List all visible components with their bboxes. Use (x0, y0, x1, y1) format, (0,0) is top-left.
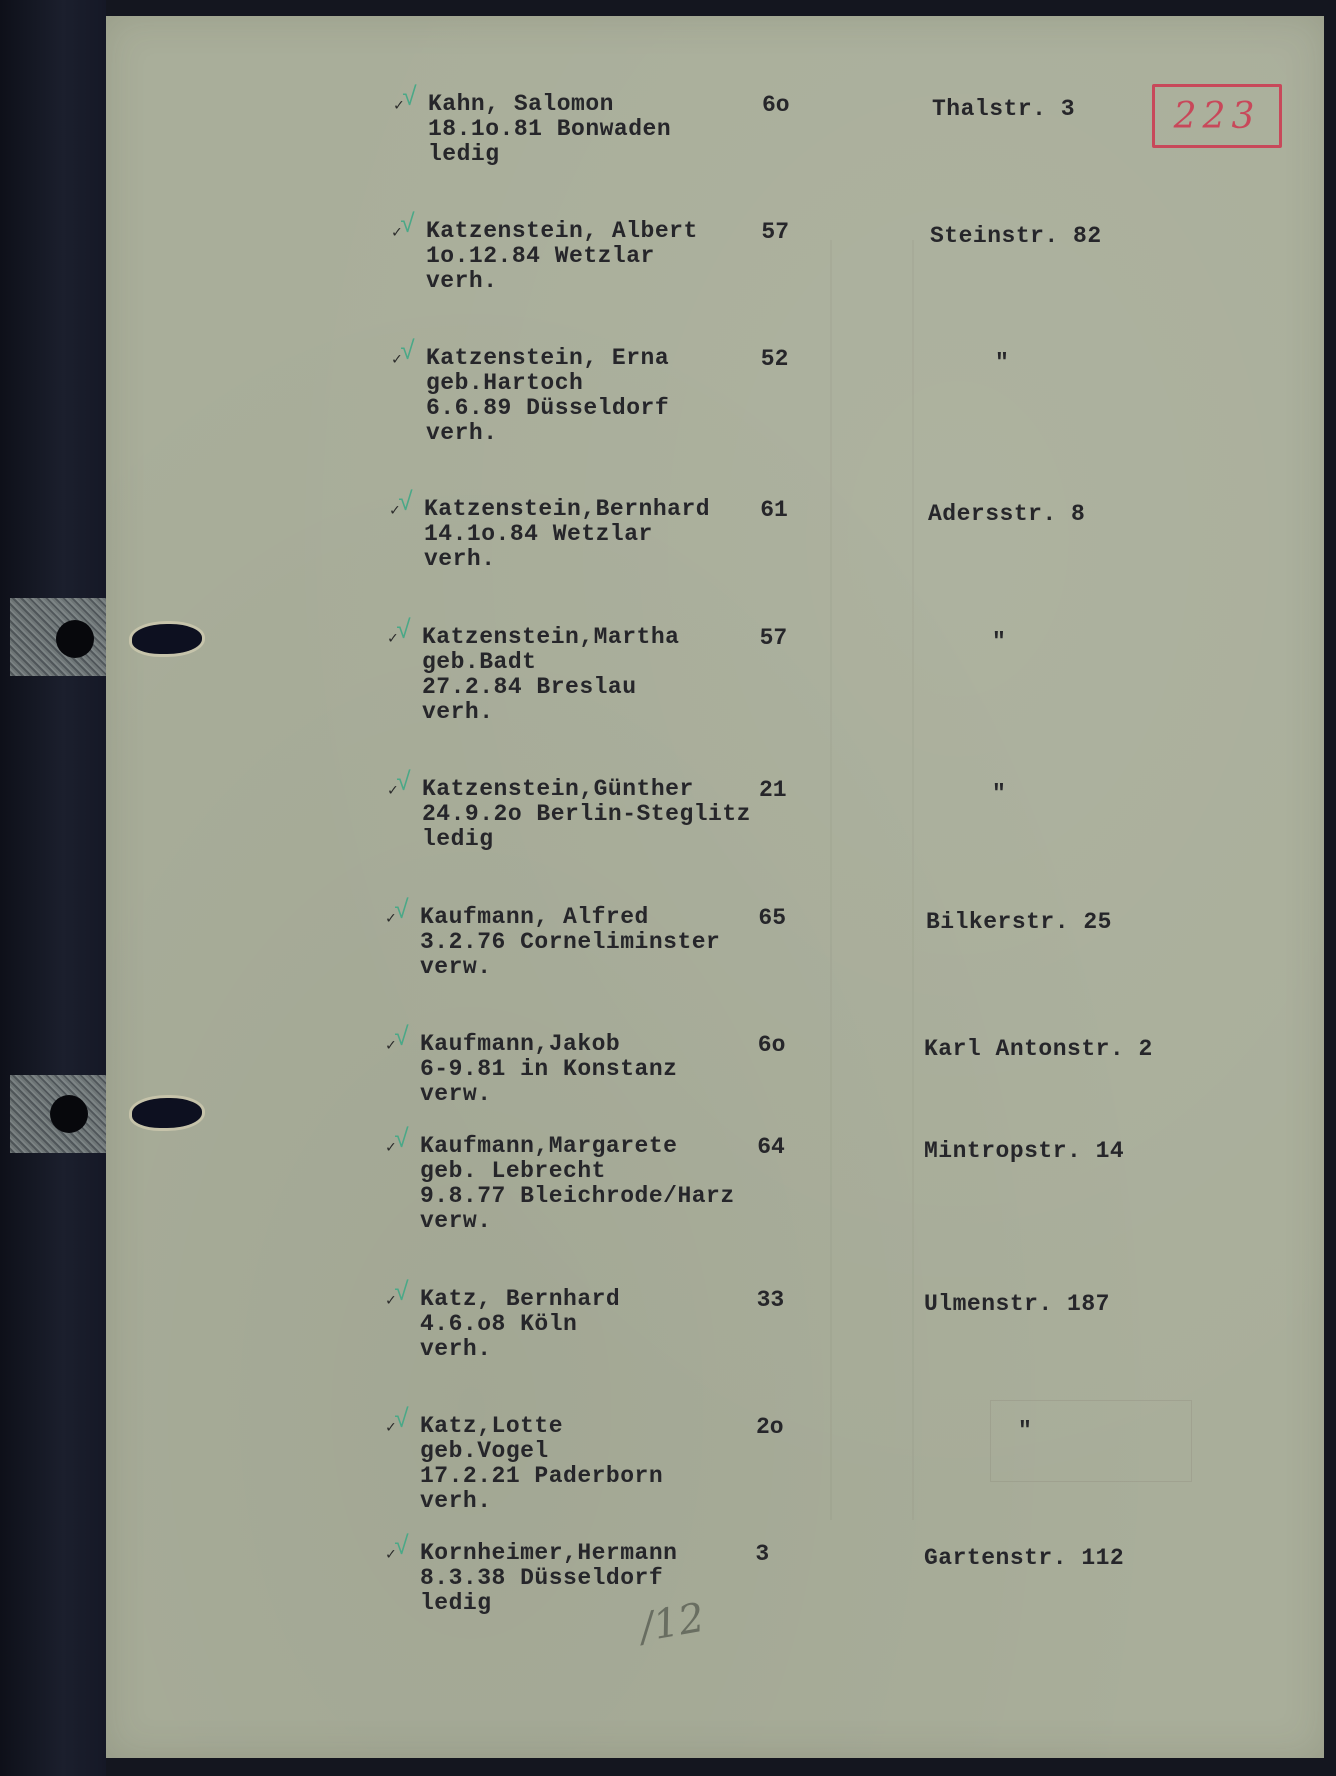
record-detail-line: verw. (420, 955, 720, 980)
document-page (106, 16, 1324, 1758)
record-detail-line: verh. (424, 547, 710, 572)
record-detail-line: verh. (426, 269, 698, 294)
record-detail-line: geb. Lebrecht (420, 1159, 735, 1184)
check-mark-icon: ✓√ (392, 342, 426, 370)
record-name: Katzenstein, Erna (426, 346, 669, 371)
record-address: Gartenstr. 112 (924, 1545, 1124, 1571)
record-detail-line: 4.6.o8 Köln (420, 1312, 620, 1337)
green-check-icon: √ (400, 340, 416, 365)
green-check-icon: √ (394, 899, 410, 924)
green-check-icon: √ (400, 213, 416, 238)
green-check-icon: √ (396, 619, 412, 644)
record-name: Katz,Lotte (420, 1414, 663, 1439)
record-detail-line: 17.2.21 Paderborn (420, 1464, 663, 1489)
record-detail-line: 8.3.38 Düsseldorf (420, 1566, 677, 1591)
record-age: 65 (758, 905, 786, 931)
record-detail-line: 27.2.84 Breslau (422, 675, 679, 700)
page-number-stamp: 223 (1152, 84, 1282, 148)
record-entry: ✓√Katzenstein, Albert1o.12.84 Wetzlarver… (426, 219, 698, 294)
record-detail-line: 3.2.76 Corneliminster (420, 930, 720, 955)
record-detail-line: verh. (426, 421, 669, 446)
record-address: Karl Antonstr. 2 (924, 1036, 1153, 1062)
record-age: 21 (759, 777, 787, 803)
record-address: " (992, 781, 1006, 807)
check-mark-icon: ✓√ (386, 1028, 420, 1056)
record-entry: ✓√Katzenstein,Marthageb.Badt27.2.84 Bres… (422, 625, 679, 725)
record-name: Kornheimer,Hermann (420, 1541, 677, 1566)
record-entry: ✓√Katz,Lottegeb.Vogel17.2.21 Paderbornve… (420, 1414, 663, 1514)
green-check-icon: √ (394, 1128, 410, 1153)
bleed-through-stamp (830, 240, 914, 1520)
record-name: Katzenstein,Bernhard (424, 497, 710, 522)
record-name: Katzenstein,Martha (422, 625, 679, 650)
record-detail-line: verh. (420, 1489, 663, 1514)
green-check-icon: √ (394, 1026, 410, 1051)
check-mark-icon: ✓√ (392, 215, 426, 243)
record-entry: ✓√Katzenstein,Günther24.9.2o Berlin-Steg… (422, 777, 751, 852)
record-name: Kaufmann,Jakob (420, 1032, 677, 1057)
punch-hole (56, 620, 94, 658)
record-detail-line: 14.1o.84 Wetzlar (424, 522, 710, 547)
record-entry: ✓√Kahn, Salomon18.1o.81 Bonwadenledig (428, 92, 671, 167)
green-check-icon: √ (396, 771, 412, 796)
green-check-icon: √ (394, 1281, 410, 1306)
record-address: " (992, 629, 1006, 655)
record-address: Mintropstr. 14 (924, 1138, 1124, 1164)
record-detail-line: 18.1o.81 Bonwaden (428, 117, 671, 142)
record-detail-line: 9.8.77 Bleichrode/Harz (420, 1184, 735, 1209)
record-detail-line: geb.Hartoch (426, 371, 669, 396)
record-name: Kaufmann, Alfred (420, 905, 720, 930)
check-mark-icon: ✓√ (386, 1130, 420, 1158)
torn-punch-hole (132, 1098, 202, 1128)
binder-edge (0, 0, 106, 1776)
record-entry: ✓√Katz, Bernhard4.6.o8 Kölnverh. (420, 1287, 620, 1362)
check-mark-icon: ✓√ (386, 1537, 420, 1565)
record-detail-line: verw. (420, 1209, 735, 1234)
record-name: Kaufmann,Margarete (420, 1134, 735, 1159)
record-detail-line: verw. (420, 1082, 677, 1107)
record-detail-line: geb.Badt (422, 650, 679, 675)
record-detail-line: ledig (422, 827, 751, 852)
record-entry: ✓√Kaufmann, Alfred3.2.76 Corneliminsterv… (420, 905, 720, 980)
record-address: " (1018, 1418, 1032, 1444)
record-entry: ✓√Katzenstein,Bernhard14.1o.84 Wetzlarve… (424, 497, 710, 572)
punch-hole (50, 1095, 88, 1133)
record-detail-line: geb.Vogel (420, 1439, 663, 1464)
record-age: 2o (756, 1414, 784, 1440)
record-age: 57 (760, 625, 788, 651)
green-check-icon: √ (398, 491, 414, 516)
record-address: Thalstr. 3 (932, 96, 1075, 122)
check-mark-icon: ✓√ (390, 493, 424, 521)
check-mark-icon: ✓√ (386, 901, 420, 929)
record-age: 57 (761, 219, 789, 245)
torn-punch-hole (132, 624, 202, 654)
record-age: 6o (762, 92, 790, 118)
record-entry: ✓√Kaufmann,Jakob6-9.81 in Konstanzverw. (420, 1032, 677, 1107)
record-address: Adersstr. 8 (928, 501, 1085, 527)
record-age: 61 (760, 497, 788, 523)
record-name: Katzenstein, Albert (426, 219, 698, 244)
record-detail-line: 1o.12.84 Wetzlar (426, 244, 698, 269)
record-name: Katzenstein,Günther (422, 777, 751, 802)
record-entry: ✓√Katzenstein, Ernageb.Hartoch6.6.89 Düs… (426, 346, 669, 446)
record-name: Katz, Bernhard (420, 1287, 620, 1312)
record-address: Ulmenstr. 187 (924, 1291, 1110, 1317)
record-name: Kahn, Salomon (428, 92, 671, 117)
record-detail-line: verh. (422, 700, 679, 725)
check-mark-icon: ✓√ (386, 1283, 420, 1311)
check-mark-icon: ✓√ (388, 773, 422, 801)
record-entry: ✓√Kaufmann,Margaretegeb. Lebrecht9.8.77 … (420, 1134, 735, 1234)
check-mark-icon: ✓√ (394, 88, 428, 116)
check-mark-icon: ✓√ (386, 1410, 420, 1438)
record-detail-line: 6-9.81 in Konstanz (420, 1057, 677, 1082)
record-detail-line: ledig (428, 142, 671, 167)
record-detail-line: 24.9.2o Berlin-Steglitz (422, 802, 751, 827)
green-check-icon: √ (402, 86, 418, 111)
record-age: 6o (758, 1032, 786, 1058)
check-mark-icon: ✓√ (388, 621, 422, 649)
record-age: 64 (757, 1134, 785, 1160)
record-detail-line: verh. (420, 1337, 620, 1362)
record-address: Bilkerstr. 25 (926, 909, 1112, 935)
record-address: Steinstr. 82 (930, 223, 1102, 249)
record-age: 3 (755, 1541, 769, 1567)
green-check-icon: √ (394, 1535, 410, 1560)
record-age: 52 (761, 346, 789, 372)
record-address: " (995, 350, 1009, 376)
record-age: 33 (757, 1287, 785, 1313)
green-check-icon: √ (394, 1408, 410, 1433)
record-detail-line: 6.6.89 Düsseldorf (426, 396, 669, 421)
